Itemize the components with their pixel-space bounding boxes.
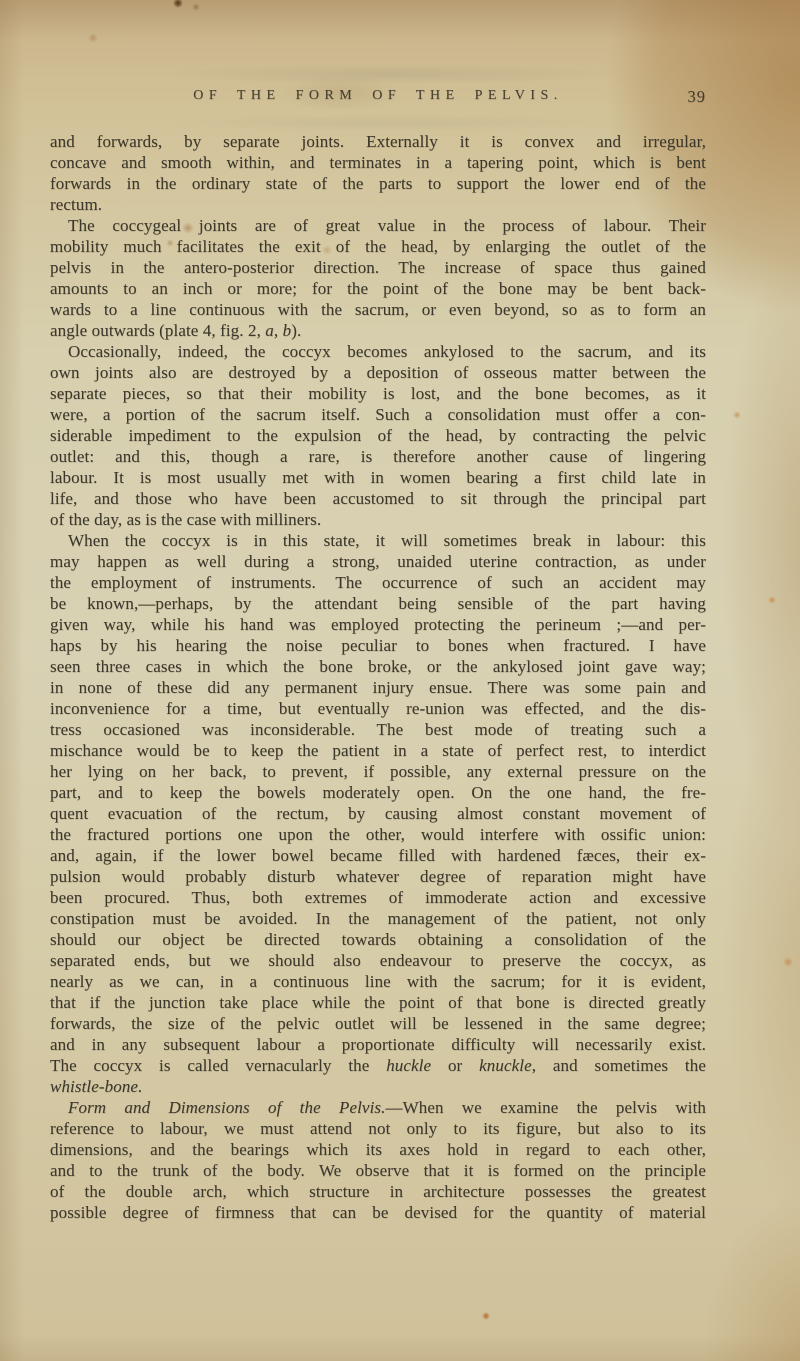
text-line: Form and Dimensions of the Pelvis.—When … (50, 1097, 706, 1118)
text-line: concave and smooth within, and terminate… (50, 152, 706, 173)
text-line: mobility much facilitates the exit of th… (50, 236, 706, 257)
plain-text: forwards in the ordinary state of the pa… (50, 174, 706, 193)
plain-text: part, and to keep the bowels moderately … (50, 783, 706, 802)
text-line: that if the junction take place while th… (50, 992, 706, 1013)
plain-text: life, and those who have been accustomed… (50, 489, 706, 508)
plain-text: The coccygeal joints are of great value … (68, 216, 706, 235)
plain-text: nearly as we can, in a continuous line w… (50, 972, 706, 991)
plain-text: constipation must be avoided. In the man… (50, 909, 706, 928)
plain-text: Occasionally, indeed, the coccyx becomes… (68, 342, 706, 361)
plain-text: separate pieces, so that their mobility … (50, 384, 706, 403)
plain-text: the fractured portions one upon the othe… (50, 825, 706, 844)
text-line: mischance would be to keep the patient i… (50, 740, 706, 761)
italic-text: b (283, 321, 292, 340)
plain-text: possible degree of firmness that can be … (50, 1203, 706, 1222)
text-line: siderable impediment to the expulsion of… (50, 425, 706, 446)
plain-text: the employment of instruments. The occur… (50, 573, 706, 592)
plain-text: of the double arch, which structure in a… (50, 1182, 706, 1201)
text-line: seen three cases in which the bone broke… (50, 656, 706, 677)
text-line: inconvenience for a time, but eventually… (50, 698, 706, 719)
plain-text: seen three cases in which the bone broke… (50, 657, 706, 676)
text-line: of the day, as is the case with milliner… (50, 509, 706, 530)
plain-text: forwards, the size of the pelvic outlet … (50, 1014, 706, 1033)
plain-text: her lying on her back, to prevent, if po… (50, 762, 706, 781)
text-line: nearly as we can, in a continuous line w… (50, 971, 706, 992)
text-line: dimensions, and the bearings which its a… (50, 1139, 706, 1160)
plain-text: and in any subsequent labour a proportio… (50, 1035, 706, 1054)
text-line: constipation must be avoided. In the man… (50, 908, 706, 929)
text-line: should our object be directed towards ob… (50, 929, 706, 950)
italic-text: huckle (386, 1056, 431, 1075)
text-line: given way, while his hand was employed p… (50, 614, 706, 635)
italic-text: a (265, 321, 274, 340)
text-line: forwards, the size of the pelvic outlet … (50, 1013, 706, 1034)
plain-text: inconvenience for a time, but eventually… (50, 699, 706, 718)
text-line: Occasionally, indeed, the coccyx becomes… (50, 341, 706, 362)
plain-text: that if the junction take place while th… (50, 993, 706, 1012)
plain-text: —When we examine the pelvis with (385, 1098, 706, 1117)
text-line: and to the trunk of the body. We observe… (50, 1160, 706, 1181)
text-line: The coccygeal joints are of great value … (50, 215, 706, 236)
text-line: pelvis in the antero-posterior direction… (50, 257, 706, 278)
text-line: and in any subsequent labour a proportio… (50, 1034, 706, 1055)
plain-text: and forwards, by separate joints. Extern… (50, 132, 706, 151)
text-line: wards to a line continuous with the sacr… (50, 299, 706, 320)
plain-text: and to the trunk of the body. We observe… (50, 1161, 706, 1180)
italic-text: Form and Dimensions of the Pelvis. (68, 1098, 385, 1117)
plain-text: dimensions, and the bearings which its a… (50, 1140, 706, 1159)
plain-text: The coccyx is called vernacularly the (50, 1056, 386, 1075)
italic-text: knuckle (479, 1056, 532, 1075)
plain-text: siderable impediment to the expulsion of… (50, 426, 706, 445)
text-line: were, a portion of the sacrum itself. Su… (50, 404, 706, 425)
text-line: reference to labour, we must attend not … (50, 1118, 706, 1139)
running-title: OF THE FORM OF THE PELVIS. (193, 88, 563, 104)
text-line: rectum. (50, 194, 706, 215)
plain-text: should our object be directed towards ob… (50, 930, 706, 949)
plain-text: pulsion would probably disturb whatever … (50, 867, 706, 886)
plain-text: quent evacuation of the rectum, by causi… (50, 804, 706, 823)
text-line: separate pieces, so that their mobility … (50, 383, 706, 404)
text-line: The coccyx is called vernacularly the hu… (50, 1055, 706, 1076)
plain-text: , (274, 321, 283, 340)
text-line: pulsion would probably disturb whatever … (50, 866, 706, 887)
plain-text: amounts to an inch or more; for the poin… (50, 279, 706, 298)
text-line: forwards in the ordinary state of the pa… (50, 173, 706, 194)
plain-text: or (431, 1056, 479, 1075)
plain-text: tress occasioned was inconsiderable. The… (50, 720, 706, 739)
plain-text: in none of these did any permanent injur… (50, 678, 706, 697)
text-line: in none of these did any permanent injur… (50, 677, 706, 698)
text-line: may happen as well during a strong, unai… (50, 551, 706, 572)
text-line: tress occasioned was inconsiderable. The… (50, 719, 706, 740)
italic-text: whistle-bone. (50, 1077, 142, 1096)
plain-text: been procured. Thus, both extremes of im… (50, 888, 706, 907)
plain-text: and, again, if the lower bowel became fi… (50, 846, 706, 865)
text-line: her lying on her back, to prevent, if po… (50, 761, 706, 782)
plain-text: were, a portion of the sacrum itself. Su… (50, 405, 706, 424)
text-line: the fractured portions one upon the othe… (50, 824, 706, 845)
plain-text: given way, while his hand was employed p… (50, 615, 706, 634)
plain-text: mischance would be to keep the patient i… (50, 741, 706, 760)
plain-text: rectum. (50, 195, 102, 214)
plain-text: ). (291, 321, 301, 340)
plain-text: be known,—perhaps, by the attendant bein… (50, 594, 706, 613)
text-line: outlet: and this, though a rare, is ther… (50, 446, 706, 467)
plain-text: may happen as well during a strong, unai… (50, 552, 706, 571)
plain-text: of the day, as is the case with milliner… (50, 510, 321, 529)
text-line: quent evacuation of the rectum, by causi… (50, 803, 706, 824)
plain-text: own joints also are destroyed by a depos… (50, 363, 706, 382)
plain-text: mobility much facilitates the exit of th… (50, 237, 706, 256)
plain-text: haps by his hearing the noise peculiar t… (50, 636, 706, 655)
page-header: OF THE FORM OF THE PELVIS. 39 (50, 88, 706, 110)
plain-text: reference to labour, we must attend not … (50, 1119, 706, 1138)
text-line: haps by his hearing the noise peculiar t… (50, 635, 706, 656)
plain-text: labour. It is most usually met with in w… (50, 468, 706, 487)
text-line: angle outwards (plate 4, fig. 2, a, b). (50, 320, 706, 341)
book-page: OF THE FORM OF THE PELVIS. 39 and forwar… (0, 0, 800, 1361)
text-line: be known,—perhaps, by the attendant bein… (50, 593, 706, 614)
plain-text: , and sometimes the (532, 1056, 706, 1075)
plain-text: outlet: and this, though a rare, is ther… (50, 447, 706, 466)
text-line: separated ends, but we should also endea… (50, 950, 706, 971)
text-line: of the double arch, which structure in a… (50, 1181, 706, 1202)
text-line: the employment of instruments. The occur… (50, 572, 706, 593)
plain-text: wards to a line continuous with the sacr… (50, 300, 706, 319)
page-number: 39 (688, 87, 707, 107)
text-line: been procured. Thus, both extremes of im… (50, 887, 706, 908)
text-line: whistle-bone. (50, 1076, 706, 1097)
plain-text: pelvis in the antero-posterior direction… (50, 258, 706, 277)
text-line: own joints also are destroyed by a depos… (50, 362, 706, 383)
plain-text: concave and smooth within, and terminate… (50, 153, 706, 172)
page-text: and forwards, by separate joints. Extern… (50, 131, 706, 1223)
text-line: life, and those who have been accustomed… (50, 488, 706, 509)
text-line: amounts to an inch or more; for the poin… (50, 278, 706, 299)
plain-text: When the coccyx is in this state, it wil… (68, 531, 706, 550)
plain-text: separated ends, but we should also endea… (50, 951, 706, 970)
text-line: When the coccyx is in this state, it wil… (50, 530, 706, 551)
text-line: labour. It is most usually met with in w… (50, 467, 706, 488)
plain-text: angle outwards (plate 4, fig. 2, (50, 321, 265, 340)
text-line: possible degree of firmness that can be … (50, 1202, 706, 1223)
text-line: and, again, if the lower bowel became fi… (50, 845, 706, 866)
text-line: and forwards, by separate joints. Extern… (50, 131, 706, 152)
text-line: part, and to keep the bowels moderately … (50, 782, 706, 803)
